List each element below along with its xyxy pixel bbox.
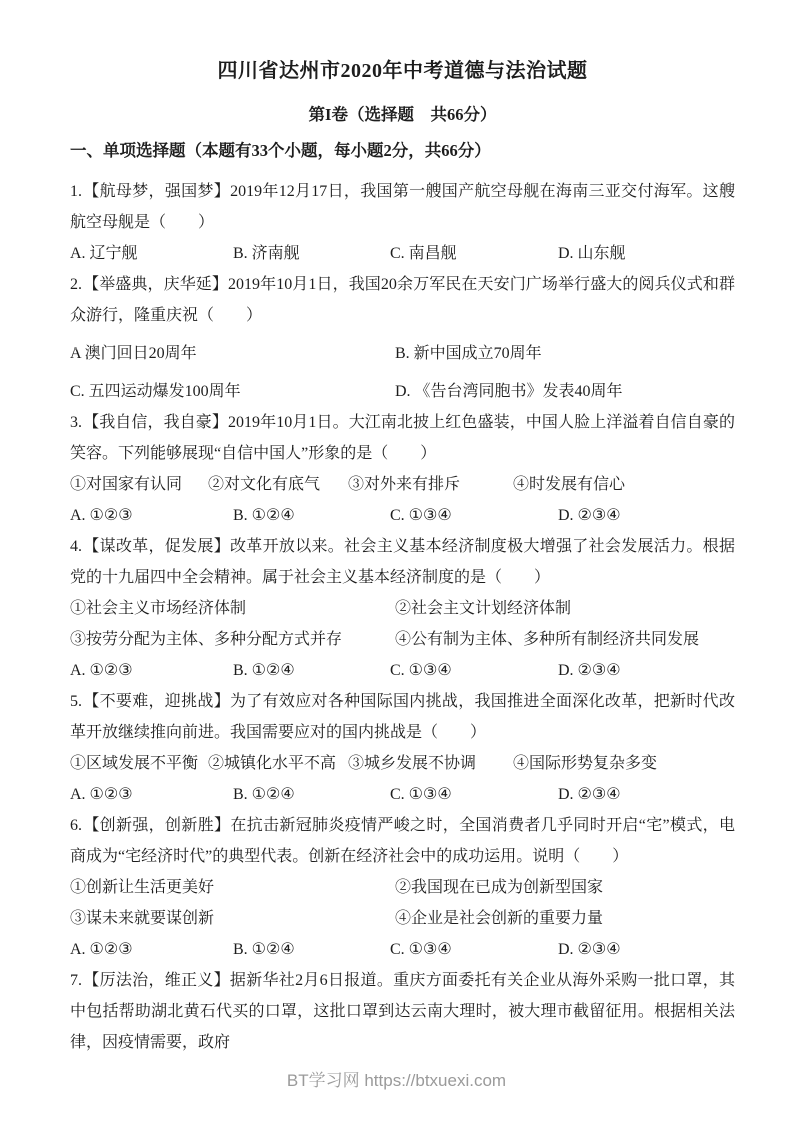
options-row: A. 辽宁舰 B. 济南舰 C. 南昌舰 D. 山东舰 xyxy=(70,238,735,269)
option-b: B. ①②④ xyxy=(233,655,390,686)
question-stem: 3.【我自信，我自豪】2019年10月1日。大江南北披上红色盛装，中国人脸上洋溢… xyxy=(70,407,735,469)
item-3: ③对外来有排斥 xyxy=(348,469,513,500)
item-3: ③谋未来就要谋创新 xyxy=(70,903,395,934)
options-row: A 澳门回日20周年 B. 新中国成立70周年 xyxy=(70,338,735,369)
item-3: ③按劳分配为主体、多种分配方式并存 xyxy=(70,624,395,655)
question-stem: 4.【谋改革，促发展】改革开放以来。社会主义基本经济制度极大增强了社会发展活力。… xyxy=(70,531,735,593)
section-header: 第I卷（选择题 共66分） xyxy=(70,102,735,128)
question-1: 1.【航母梦，强国梦】2019年12月17日，我国第一艘国产航空母舰在海南三亚交… xyxy=(70,176,735,269)
option-d: D. 山东舰 xyxy=(558,238,626,269)
question-text: 【不要难，迎挑战】为了有效应对各种国际国内挑战，我国推进全面深化改革，把新时代改… xyxy=(70,693,735,741)
statement-items-row: ①区域发展不平衡 ②城镇化水平不高 ③城乡发展不协调 ④国际形势复杂多变 xyxy=(70,748,735,779)
question-number: 2. xyxy=(70,276,83,293)
option-c: C. ①③④ xyxy=(390,500,558,531)
options-row: A. ①②③ B. ①②④ C. ①③④ D. ②③④ xyxy=(70,779,735,810)
option-a: A. ①②③ xyxy=(70,655,233,686)
options-row: A. ①②③ B. ①②④ C. ①③④ D. ②③④ xyxy=(70,655,735,686)
option-d: D. ②③④ xyxy=(558,779,621,810)
question-5: 5.【不要难，迎挑战】为了有效应对各种国际国内挑战，我国推进全面深化改革，把新时… xyxy=(70,686,735,810)
question-text: 【谋改革，促发展】改革开放以来。社会主义基本经济制度极大增强了社会发展活力。根据… xyxy=(70,538,735,586)
option-c: C. ①③④ xyxy=(390,934,558,965)
question-number: 3. xyxy=(70,414,83,431)
option-b: B. 济南舰 xyxy=(233,238,390,269)
statement-items-row: ③按劳分配为主体、多种分配方式并存 ④公有制为主体、多种所有制经济共同发展 xyxy=(70,624,735,655)
options-row: C. 五四运动爆发100周年 D. 《告台湾同胞书》发表40周年 xyxy=(70,376,735,407)
option-c: C. 五四运动爆发100周年 xyxy=(70,376,395,407)
part-header: 一、单项选择题（本题有33个小题，每小题2分，共66分） xyxy=(70,138,735,164)
question-text: 【举盛典，庆华延】2019年10月1日，我国20余万军民在天安门广场举行盛大的阅… xyxy=(70,276,735,324)
options-row: A. ①②③ B. ①②④ C. ①③④ D. ②③④ xyxy=(70,934,735,965)
item-4: ④国际形势复杂多变 xyxy=(513,748,657,779)
item-1: ①区域发展不平衡 xyxy=(70,748,208,779)
item-2: ②城镇化水平不高 xyxy=(208,748,348,779)
option-c: C. 南昌舰 xyxy=(390,238,558,269)
question-text: 【航母梦，强国梦】2019年12月17日，我国第一艘国产航空母舰在海南三亚交付海… xyxy=(70,183,735,231)
option-b: B. 新中国成立70周年 xyxy=(395,338,542,369)
question-number: 4. xyxy=(70,538,83,555)
statement-items-row: ①对国家有认同 ②对文化有底气 ③对外来有排斥 ④时发展有信心 xyxy=(70,469,735,500)
question-2: 2.【举盛典，庆华延】2019年10月1日，我国20余万军民在天安门广场举行盛大… xyxy=(70,269,735,407)
statement-items-row: ③谋未来就要谋创新 ④企业是社会创新的重要力量 xyxy=(70,903,735,934)
question-text: 【我自信，我自豪】2019年10月1日。大江南北披上红色盛装，中国人脸上洋溢着自… xyxy=(70,414,735,462)
statement-items-row: ①创新让生活更美好 ②我国现在已成为创新型国家 xyxy=(70,872,735,903)
question-4: 4.【谋改革，促发展】改革开放以来。社会主义基本经济制度极大增强了社会发展活力。… xyxy=(70,531,735,686)
question-number: 7. xyxy=(70,972,83,989)
option-c: C. ①③④ xyxy=(390,655,558,686)
option-d: D. 《告台湾同胞书》发表40周年 xyxy=(395,376,623,407)
option-a: A 澳门回日20周年 xyxy=(70,338,395,369)
item-4: ④时发展有信心 xyxy=(513,469,625,500)
options-row: A. ①②③ B. ①②④ C. ①③④ D. ②③④ xyxy=(70,500,735,531)
question-text: 【厉法治，维正义】据新华社2月6日报道。重庆方面委托有关企业从海外采购一批口罩，… xyxy=(70,972,735,1051)
option-d: D. ②③④ xyxy=(558,934,621,965)
option-a: A. ①②③ xyxy=(70,500,233,531)
option-c: C. ①③④ xyxy=(390,779,558,810)
option-a: A. 辽宁舰 xyxy=(70,238,233,269)
option-b: B. ①②④ xyxy=(233,500,390,531)
item-4: ④企业是社会创新的重要力量 xyxy=(395,903,603,934)
question-stem: 2.【举盛典，庆华延】2019年10月1日，我国20余万军民在天安门广场举行盛大… xyxy=(70,269,735,331)
option-d: D. ②③④ xyxy=(558,655,621,686)
exam-page: 四川省达州市2020年中考道德与法治试题 第I卷（选择题 共66分） 一、单项选… xyxy=(0,0,793,1058)
question-number: 5. xyxy=(70,693,83,710)
option-d: D. ②③④ xyxy=(558,500,621,531)
question-number: 1. xyxy=(70,183,83,200)
option-b: B. ①②④ xyxy=(233,934,390,965)
question-number: 6. xyxy=(70,817,83,834)
item-1: ①创新让生活更美好 xyxy=(70,872,395,903)
question-6: 6.【创新强，创新胜】在抗击新冠肺炎疫情严峻之时，全国消费者几乎同时开启“宅”模… xyxy=(70,810,735,965)
item-1: ①社会主义市场经济体制 xyxy=(70,593,395,624)
option-b: B. ①②④ xyxy=(233,779,390,810)
scan-artifact-dot xyxy=(74,347,77,350)
question-stem: 7.【厉法治，维正义】据新华社2月6日报道。重庆方面委托有关企业从海外采购一批口… xyxy=(70,965,735,1058)
question-3: 3.【我自信，我自豪】2019年10月1日。大江南北披上红色盛装，中国人脸上洋溢… xyxy=(70,407,735,531)
question-stem: 6.【创新强，创新胜】在抗击新冠肺炎疫情严峻之时，全国消费者几乎同时开启“宅”模… xyxy=(70,810,735,872)
watermark-footer: BT学习网 https://btxuexi.com xyxy=(0,1066,793,1091)
item-2: ②我国现在已成为创新型国家 xyxy=(395,872,603,903)
item-2: ②对文化有底气 xyxy=(208,469,348,500)
question-stem: 1.【航母梦，强国梦】2019年12月17日，我国第一艘国产航空母舰在海南三亚交… xyxy=(70,176,735,238)
item-1: ①对国家有认同 xyxy=(70,469,208,500)
statement-items-row: ①社会主义市场经济体制 ②社会主文计划经济体制 xyxy=(70,593,735,624)
option-a: A. ①②③ xyxy=(70,934,233,965)
item-4: ④公有制为主体、多种所有制经济共同发展 xyxy=(395,624,699,655)
item-2: ②社会主文计划经济体制 xyxy=(395,593,571,624)
question-7: 7.【厉法治，维正义】据新华社2月6日报道。重庆方面委托有关企业从海外采购一批口… xyxy=(70,965,735,1058)
question-text: 【创新强，创新胜】在抗击新冠肺炎疫情严峻之时，全国消费者几乎同时开启“宅”模式，… xyxy=(70,817,735,865)
item-3: ③城乡发展不协调 xyxy=(348,748,513,779)
question-stem: 5.【不要难，迎挑战】为了有效应对各种国际国内挑战，我国推进全面深化改革，把新时… xyxy=(70,686,735,748)
page-title: 四川省达州市2020年中考道德与法治试题 xyxy=(70,56,735,86)
option-a: A. ①②③ xyxy=(70,779,233,810)
